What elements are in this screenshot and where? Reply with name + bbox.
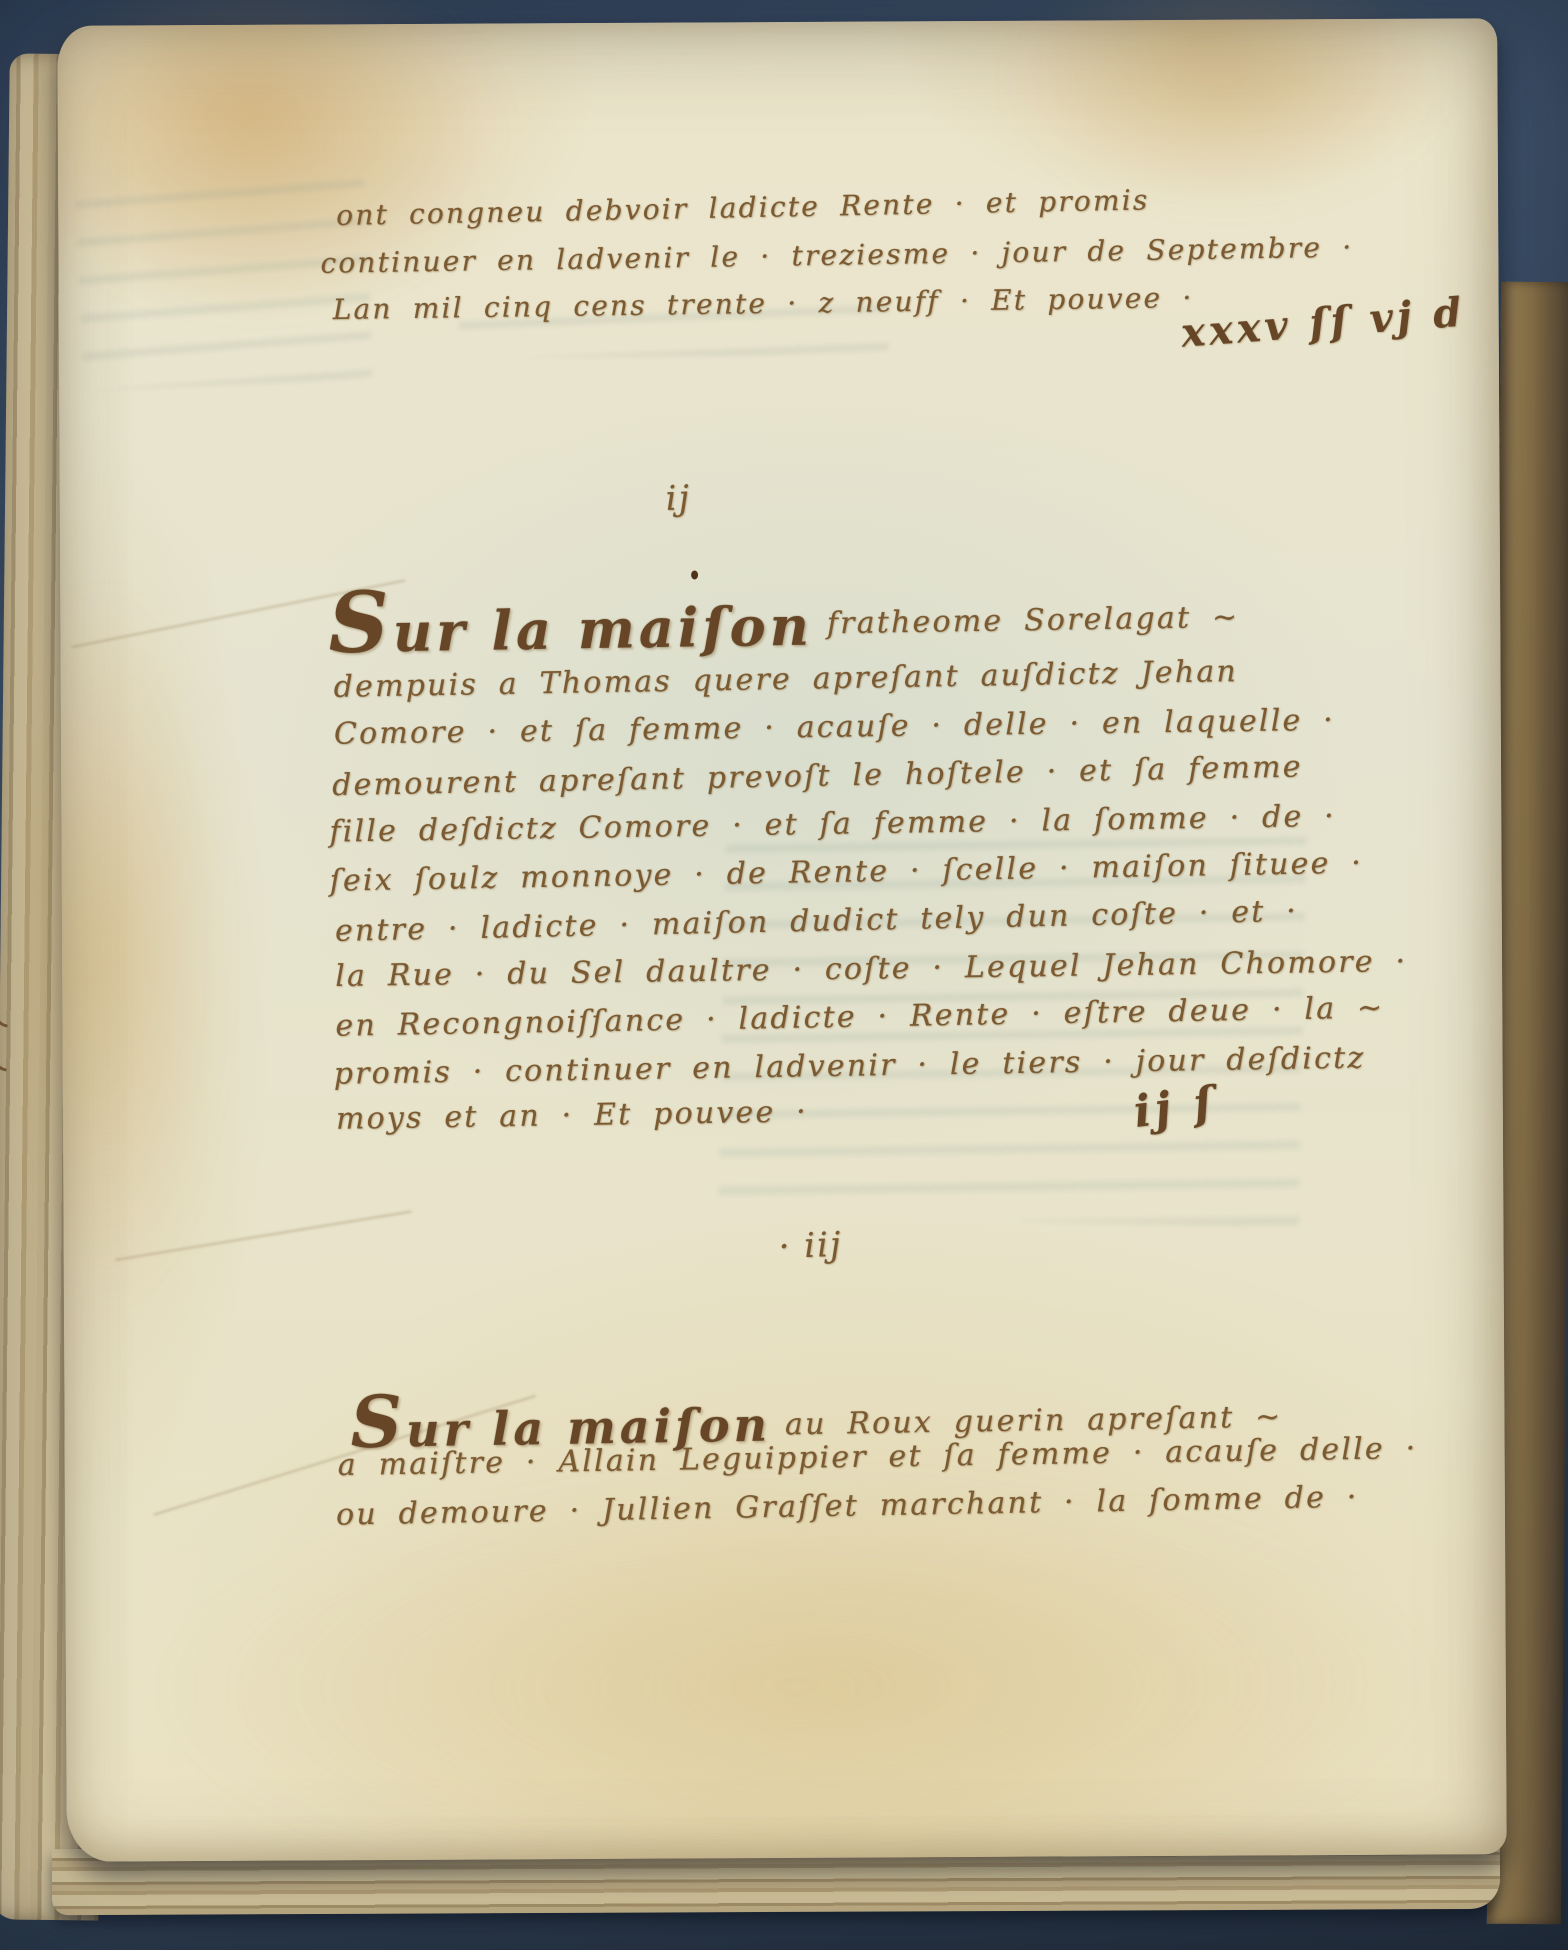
entry2-line: moys et an · Et pouvee · (336, 1097, 808, 1134)
entry2-line: Comore · et ſa femme · acauſe · delle · … (334, 706, 1335, 750)
entry2-line: en Recongnoiſſance · ladicte · Rente · e… (335, 993, 1384, 1041)
parchment-stain (1007, 0, 1448, 211)
section-numeral-ij: ij (665, 478, 692, 519)
entry2-line: demourent apreſant prevoſt le hoſtele · … (332, 752, 1303, 801)
entry3-line: ou demoure · Jullien Graſſet marchant · … (336, 1483, 1359, 1531)
entry1-line: continuer en ladvenir le · treziesme · j… (320, 234, 1353, 278)
entry2-opening: Sur la maiſon fratheome Sorelagat ~ (328, 567, 1240, 665)
entry1-line: ont congneu debvoir ladicte Rente · et p… (336, 186, 1150, 230)
entry2-line: dempuis a Thomas quere apreſant auſdictz… (333, 657, 1238, 703)
entry2-line: ſeix ſoulz monnoye · de Rente · ſcelle ·… (329, 849, 1363, 897)
entry1-margin-sum: xxxv ſſ vj d (1179, 289, 1466, 357)
manuscript-photo: ont congneu debvoir ladicte Rente · et p… (0, 0, 1568, 1950)
entry2-margin-sum: ij ſ (1131, 1077, 1220, 1138)
entry2-opening-rest: fratheome Sorelagat ~ (827, 603, 1240, 639)
entry2-line: entre · ladicte · maiſon dudict tely dun… (335, 897, 1299, 947)
parchment-stain (155, 1469, 1437, 1906)
entry2-line: fille deſdictz Comore · et ſa femme · la… (329, 802, 1336, 848)
entry1-line: Lan mil cinq cens trente · z neuff · Et … (333, 284, 1194, 324)
entry2-line: la Rue · du Sel daultre · coſte · Lequel… (335, 947, 1407, 992)
parchment-page: ont congneu debvoir ladicte Rente · et p… (57, 18, 1507, 1862)
fold-crease (115, 1210, 411, 1260)
entry2-opening-large: Sur la maiſon (328, 574, 814, 665)
section-numeral-iij: · iij (778, 1225, 843, 1268)
